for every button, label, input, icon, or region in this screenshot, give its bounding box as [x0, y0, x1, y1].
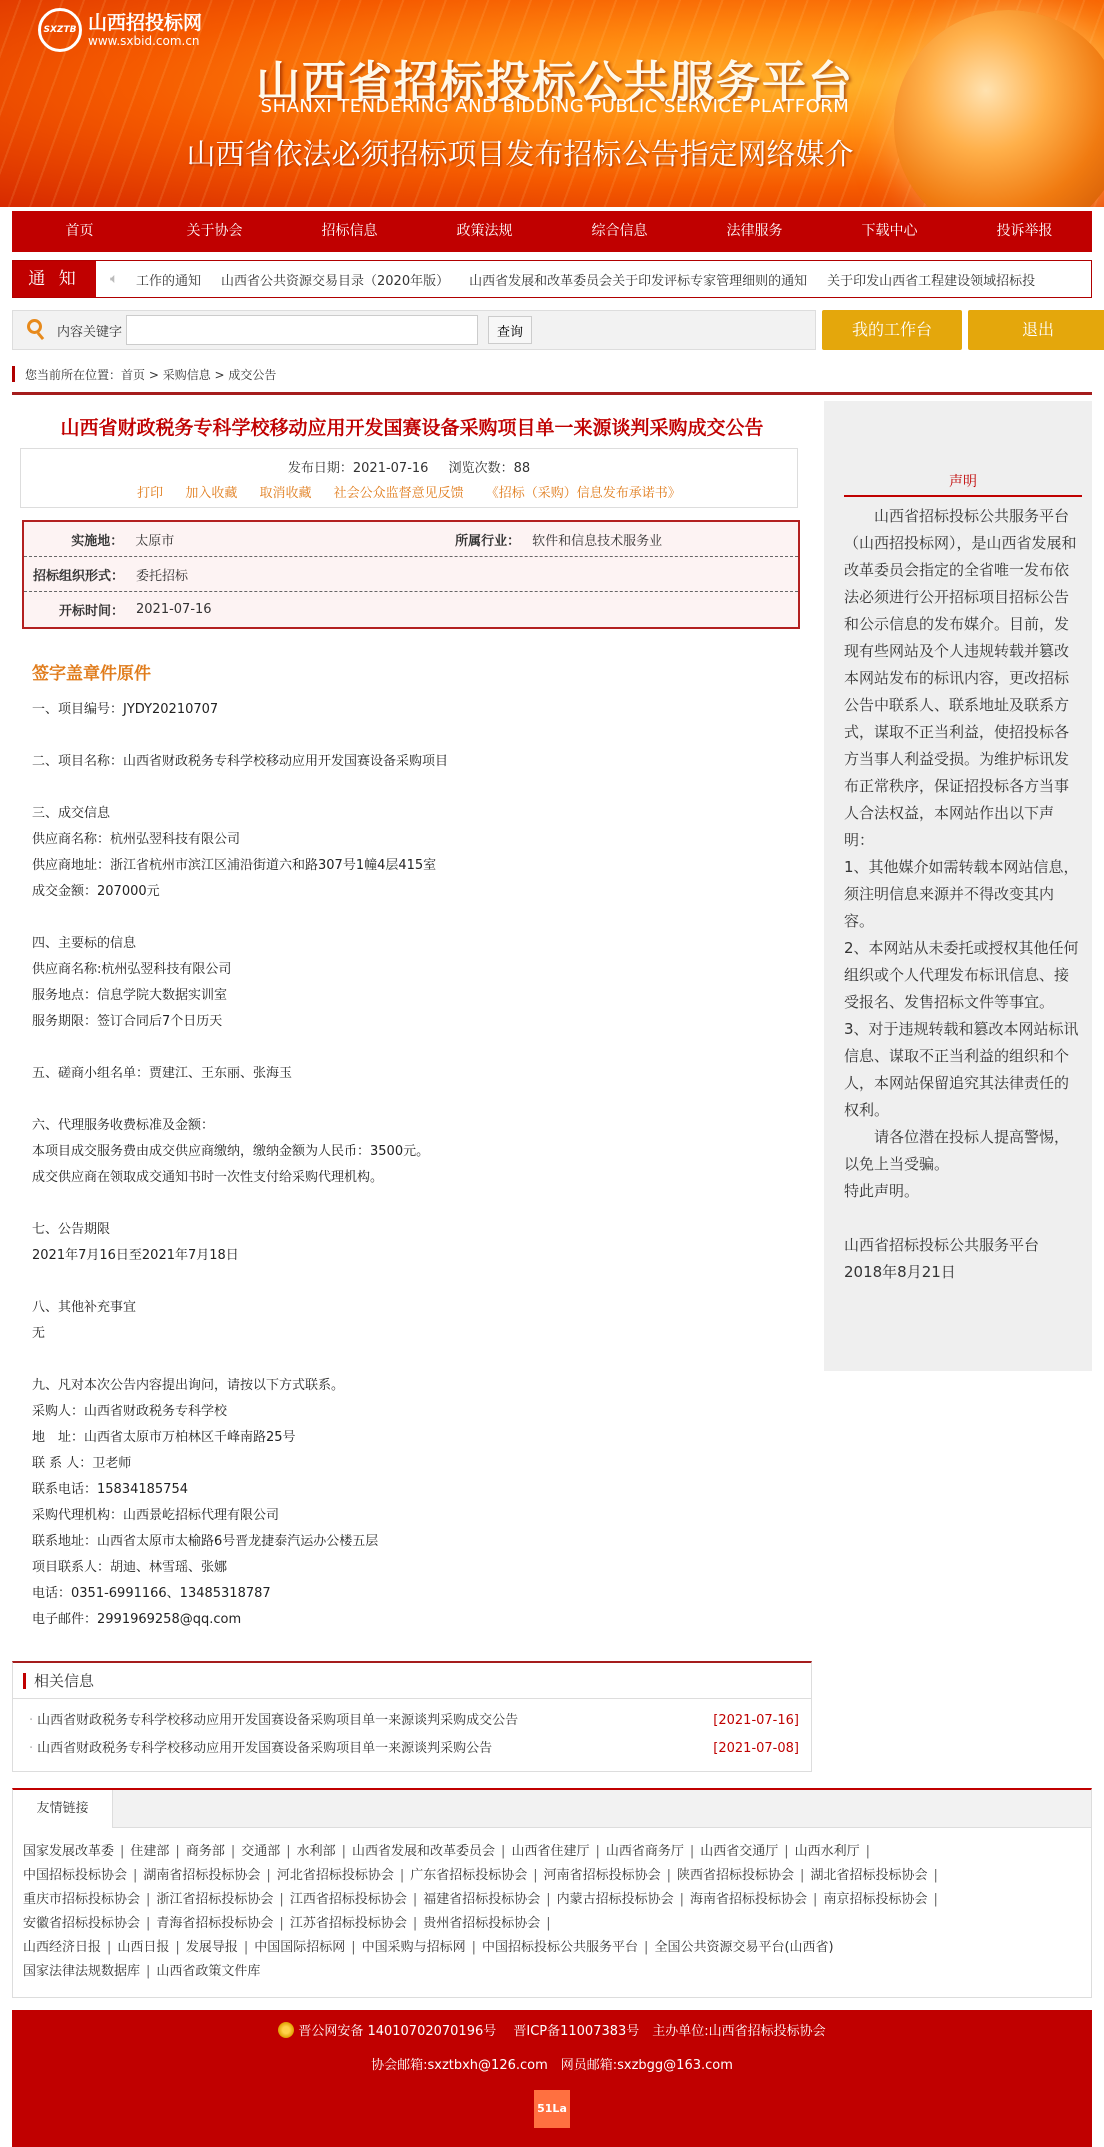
- related-item-title[interactable]: 山西省财政税务专科学校移动应用开发国赛设备采购项目单一来源谈判采购成交公告: [37, 1713, 518, 1728]
- breadcrumb-marker: [12, 366, 15, 382]
- link-separator: |: [146, 1892, 150, 1907]
- link-separator: |: [800, 1868, 804, 1883]
- logo-name: 山西招投标网: [88, 12, 202, 34]
- statement-signature: 山西省招标投标公共服务平台: [844, 1232, 1082, 1259]
- bullet-icon: ·: [29, 1741, 33, 1756]
- body-paragraph: 联系电话：15834185754: [32, 1477, 812, 1503]
- friendly-link[interactable]: 发展导报: [186, 1940, 238, 1955]
- org-form-label: 招标组织形式：: [24, 565, 124, 584]
- body-paragraph: 一、项目编号：JYDY20210707: [32, 697, 812, 723]
- link-separator: |: [933, 1868, 937, 1883]
- link-separator: |: [400, 1868, 404, 1883]
- friendly-link[interactable]: 河南省招标投标协会: [544, 1868, 661, 1883]
- body-spacer: [32, 1191, 812, 1217]
- info-row: 招标组织形式： 委托招标: [24, 557, 798, 592]
- link-separator: |: [351, 1940, 355, 1955]
- view-count: 浏览次数：88: [449, 461, 531, 476]
- friendly-link[interactable]: 贵州省招标投标协会: [423, 1916, 540, 1931]
- link-separator: |: [146, 1916, 150, 1931]
- footer-emails: 协会邮箱:sxztbxh@126.com 网员邮箱:sxzbgg@163.com: [12, 2056, 1092, 2076]
- related-item-title[interactable]: 山西省财政税务专科学校移动应用开发国赛设备采购项目单一来源谈判采购公告: [37, 1741, 492, 1756]
- link-separator: |: [413, 1916, 417, 1931]
- site-footer: 晋公网安备 14010702070196号 晋ICP备11007383号 主办单…: [12, 2010, 1092, 2147]
- body-paragraph: 地 址：山西省太原市万柏林区千峰南路25号: [32, 1425, 812, 1451]
- body-paragraph: 联系地址：山西省太原市太榆路6号晋龙捷泰汽运办公楼五层: [32, 1529, 812, 1555]
- footer-registration: 晋公网安备 14010702070196号 晋ICP备11007383号 主办单…: [298, 2024, 825, 2039]
- project-info-table: 实施地： 太原市 所属行业： 软件和信息技术服务业 招标组织形式： 委托招标 开…: [22, 520, 800, 629]
- industry-value: 软件和信息技术服务业: [520, 530, 798, 549]
- friendly-link[interactable]: 青海省招标投标协会: [156, 1916, 273, 1931]
- body-paragraph: 本项目成交服务费由成交供应商缴纳，缴纳金额为人民币：3500元。: [32, 1139, 812, 1165]
- nav-item-about[interactable]: 关于协会: [147, 211, 282, 252]
- links-row: 山西经济日报|山西日报|发展导报|中国国际招标网|中国采购与招标网|中国招标投标…: [23, 1936, 1081, 1960]
- statement-paragraph: 1、其他媒介如需转载本网站信息，须注明信息来源并不得改变其内容。: [844, 854, 1082, 935]
- link-separator: |: [501, 1844, 505, 1859]
- org-form-value: 委托招标: [124, 565, 404, 584]
- friendly-link[interactable]: 福建省招标投标协会: [423, 1892, 540, 1907]
- related-item[interactable]: ·山西省财政税务专科学校移动应用开发国赛设备采购项目单一来源谈判采购公告 [20…: [29, 1735, 799, 1763]
- logout-button[interactable]: 退出: [968, 310, 1104, 350]
- body-paragraph: 服务地点：信息学院大数据实训室: [32, 983, 812, 1009]
- body-paragraph: 供应商名称:杭州弘翌科技有限公司: [32, 957, 812, 983]
- friendly-link[interactable]: 陕西省招标投标协会: [677, 1868, 794, 1883]
- nav-item-policy[interactable]: 政策法规: [417, 211, 552, 252]
- main-content: 山西省财政税务专科学校移动应用开发国赛设备采购项目单一来源谈判采购成交公告 发布…: [12, 395, 812, 1772]
- my-workbench-button[interactable]: 我的工作台: [822, 310, 962, 350]
- search-row: 内容关键字 查询 我的工作台 退出: [12, 310, 1092, 350]
- friendly-links: 友情链接 国家发展改革委|住建部|商务部|交通部|水利部|山西省发展和改革委员会…: [12, 1788, 1092, 1998]
- statement-paragraph: 山西省招标投标公共服务平台（山西招投标网），是山西省发展和改革委员会指定的全省唯…: [844, 503, 1082, 854]
- body-paragraph: 五、磋商小组名单：贾建江、王东丽、张海玉: [32, 1061, 812, 1087]
- statement-title: 声明: [844, 471, 1082, 497]
- location-value: 太原市: [123, 530, 401, 549]
- publish-date: 发布日期：2021-07-16: [288, 461, 429, 476]
- body-paragraph: 六、代理服务收费标准及金额：: [32, 1113, 812, 1139]
- link-separator: |: [680, 1892, 684, 1907]
- nav-item-home[interactable]: 首页: [12, 211, 147, 252]
- friendly-link[interactable]: 重庆市招标投标协会: [23, 1892, 140, 1907]
- friendly-link[interactable]: 山西省政策文件库: [156, 1964, 260, 1979]
- search-icon: [27, 319, 47, 341]
- friendly-link[interactable]: 海南省招标投标协会: [690, 1892, 807, 1907]
- notice-item[interactable]: 山西省发展和改革委员会关于印发评标专家管理细则的通知: [469, 270, 807, 289]
- add-favorite-link[interactable]: 加入收藏: [185, 486, 237, 501]
- statement-date: 2018年8月21日: [844, 1259, 1082, 1286]
- keyword-input[interactable]: [126, 315, 478, 345]
- links-row: 国家法律法规数据库|山西省政策文件库: [23, 1960, 1081, 1984]
- article-title: 山西省财政税务专科学校移动应用开发国赛设备采购项目单一来源谈判采购成交公告: [12, 413, 812, 440]
- stats-counter-badge[interactable]: 51La: [534, 2090, 570, 2128]
- nav-item-downloads[interactable]: 下载中心: [822, 211, 957, 252]
- friendly-link[interactable]: 江西省招标投标协会: [290, 1892, 407, 1907]
- notice-item[interactable]: 关于印发山西省工程建设领域招标投: [827, 270, 1035, 289]
- body-spacer: [32, 723, 812, 749]
- links-row: 中国招标投标协会|湖南省招标投标协会|河北省招标投标协会|广东省招标投标协会|河…: [23, 1864, 1081, 1888]
- location-label: 实施地：: [24, 530, 123, 549]
- friendly-link[interactable]: 国家法律法规数据库: [23, 1964, 140, 1979]
- link-separator: |: [866, 1844, 870, 1859]
- link-separator: |: [175, 1940, 179, 1955]
- related-marker: [23, 1673, 26, 1689]
- search-label: 内容关键字: [57, 321, 122, 340]
- friendly-link[interactable]: 商务部: [186, 1844, 225, 1859]
- link-separator: |: [933, 1892, 937, 1907]
- friendly-link[interactable]: 江苏省招标投标协会: [290, 1916, 407, 1931]
- body-spacer: [32, 775, 812, 801]
- statement-paragraph: 请各位潜在投标人提高警惕，以免上当受骗。: [844, 1124, 1082, 1178]
- link-separator: |: [546, 1916, 550, 1931]
- friendly-link[interactable]: 湖南省招标投标协会: [143, 1868, 260, 1883]
- body-paragraph: 成交金额：207000元: [32, 879, 812, 905]
- friendly-link[interactable]: 全国公共资源交易平台(山西省): [654, 1940, 833, 1955]
- link-separator: |: [244, 1940, 248, 1955]
- link-separator: |: [472, 1940, 476, 1955]
- remove-favorite-link[interactable]: 取消收藏: [259, 486, 311, 501]
- body-paragraph: 三、成交信息: [32, 801, 812, 827]
- search-box: 内容关键字 查询: [12, 310, 816, 350]
- body-paragraph: 服务期限：签订合同后7个日历天: [32, 1009, 812, 1035]
- body-paragraph: 七、公告期限: [32, 1217, 812, 1243]
- body-paragraph: 采购人：山西省财政税务专科学校: [32, 1399, 812, 1425]
- link-separator: |: [279, 1892, 283, 1907]
- industry-label: 所属行业：: [401, 530, 520, 549]
- notice-items: 工作的通知 山西省公共资源交易目录（2020年版） 山西省发展和改革委员会关于印…: [136, 270, 1035, 289]
- friendly-link[interactable]: 中国采购与招标网: [362, 1940, 466, 1955]
- friendly-link[interactable]: 山西省住建厅: [511, 1844, 589, 1859]
- friendly-link[interactable]: 中国招标投标公共服务平台: [482, 1940, 638, 1955]
- friendly-link[interactable]: 湖北省招标投标协会: [810, 1868, 927, 1883]
- friendly-link[interactable]: 山西经济日报: [23, 1940, 101, 1955]
- banner-slogan: 山西省依法必须招标项目发布招标公告指定网络媒介: [0, 132, 1000, 173]
- body-paragraph: 九、凡对本次公告内容提出询问，请按以下方式联系。: [32, 1373, 812, 1399]
- body-paragraph: 四、主要标的信息: [32, 931, 812, 957]
- friendly-link[interactable]: 山西日报: [117, 1940, 169, 1955]
- article-body: 签字盖章件原件 一、项目编号：JYDY20210707二、项目名称：山西省财政税…: [12, 629, 812, 1633]
- body-paragraph: 供应商地址：浙江省杭州市滨江区浦沿街道六和路307号1幢4层415室: [32, 853, 812, 879]
- content-layout: 山西省财政税务专科学校移动应用开发国赛设备采购项目单一来源谈判采购成交公告 发布…: [12, 395, 1092, 1772]
- body-paragraph: 电话：0351-6991166、13485318787: [32, 1581, 812, 1607]
- body-paragraph: 2021年7月16日至2021年7月18日: [32, 1243, 812, 1269]
- link-separator: |: [813, 1892, 817, 1907]
- statement-paragraph: 特此声明。: [844, 1178, 1082, 1205]
- link-separator: |: [286, 1844, 290, 1859]
- friendly-link[interactable]: 南京招标投标协会: [823, 1892, 927, 1907]
- related-title: 相关信息: [34, 1670, 94, 1691]
- site-banner: SXZTB 山西招投标网 www.sxbid.com.cn 山西省招标投标公共服…: [0, 0, 1104, 207]
- body-paragraph: 二、项目名称：山西省财政税务专科学校移动应用开发国赛设备采购项目: [32, 749, 812, 775]
- info-row: 开标时间： 2021-07-16: [24, 592, 798, 627]
- links-tabbar: 友情链接: [13, 1790, 1091, 1828]
- signed-original-link[interactable]: 签字盖章件原件: [32, 661, 812, 687]
- body-paragraph: 联 系 人：卫老师: [32, 1451, 812, 1477]
- tab-friendly-links[interactable]: 友情链接: [13, 1790, 113, 1828]
- main-nav: 首页 关于协会 招标信息 政策法规 综合信息 法律服务 下载中心 投诉举报: [12, 211, 1092, 252]
- body-paragraph: 采购代理机构：山西景屹招标代理有限公司: [32, 1503, 812, 1529]
- open-time-label: 开标时间：: [24, 600, 124, 619]
- info-row: 实施地： 太原市 所属行业： 软件和信息技术服务业: [24, 522, 798, 557]
- nav-item-tender-info[interactable]: 招标信息: [282, 211, 417, 252]
- body-spacer: [32, 905, 812, 931]
- link-separator: |: [120, 1844, 124, 1859]
- link-separator: |: [133, 1868, 137, 1883]
- friendly-link[interactable]: 广东省招标投标协会: [410, 1868, 527, 1883]
- link-separator: |: [413, 1892, 417, 1907]
- body-paragraph: 成交供应商在领取成交通知书时一次性支付给采购代理机构。: [32, 1165, 812, 1191]
- link-separator: |: [546, 1892, 550, 1907]
- link-separator: |: [784, 1844, 788, 1859]
- related-item-date: [2021-07-08]: [713, 1735, 799, 1763]
- friendly-link[interactable]: 中国招标投标协会: [23, 1868, 127, 1883]
- police-emblem-icon: [278, 2022, 294, 2038]
- feedback-link[interactable]: 社会公众监督意见反馈: [334, 486, 464, 501]
- friendly-link[interactable]: 国家发展改革委: [23, 1844, 114, 1859]
- link-separator: |: [279, 1916, 283, 1931]
- link-separator: |: [146, 1964, 150, 1979]
- friendly-link[interactable]: 水利部: [297, 1844, 336, 1859]
- friendly-link[interactable]: 内蒙古招标投标协会: [557, 1892, 674, 1907]
- statement-text: 山西省招标投标公共服务平台（山西招投标网），是山西省发展和改革委员会指定的全省唯…: [844, 497, 1082, 1286]
- friendly-link[interactable]: 山西省交通厅: [700, 1844, 778, 1859]
- body-spacer: [32, 1269, 812, 1295]
- breadcrumb: 您当前所在位置： 首页 > 采购信息 > 成交公告: [12, 366, 1092, 382]
- link-separator: |: [342, 1844, 346, 1859]
- body-paragraph: 电子邮件：2991969258@qq.com: [32, 1607, 812, 1633]
- breadcrumb-path[interactable]: 首页 > 采购信息 > 成交公告: [121, 366, 276, 383]
- link-separator: |: [667, 1868, 671, 1883]
- link-separator: |: [175, 1844, 179, 1859]
- statement-sidebar: 声明 山西省招标投标公共服务平台（山西招投标网），是山西省发展和改革委员会指定的…: [824, 401, 1092, 1371]
- friendly-link[interactable]: 住建部: [130, 1844, 169, 1859]
- friendly-link[interactable]: 中国国际招标网: [254, 1940, 345, 1955]
- bullet-icon: ·: [29, 1713, 33, 1728]
- friendly-link[interactable]: 交通部: [241, 1844, 280, 1859]
- body-paragraph: 无: [32, 1321, 812, 1347]
- body-spacer: [32, 1087, 812, 1113]
- friendly-link[interactable]: 山西省发展和改革委员会: [352, 1844, 495, 1859]
- notice-label: 通 知: [12, 260, 96, 298]
- link-separator: |: [231, 1844, 235, 1859]
- print-link[interactable]: 打印: [137, 486, 163, 501]
- links-row: 国家发展改革委|住建部|商务部|交通部|水利部|山西省发展和改革委员会|山西省住…: [23, 1840, 1081, 1864]
- notice-item[interactable]: 工作的通知: [136, 270, 201, 289]
- friendly-link[interactable]: 安徽省招标投标协会: [23, 1916, 140, 1931]
- body-paragraph: 八、其他补充事宜: [32, 1295, 812, 1321]
- notice-item[interactable]: 山西省公共资源交易目录（2020年版）: [221, 270, 449, 289]
- commitment-link[interactable]: 《招标（采购）信息发布承诺书》: [486, 486, 681, 501]
- body-paragraph: 项目联系人：胡迪、林雪瑶、张娜: [32, 1555, 812, 1581]
- links-row: 安徽省招标投标协会|青海省招标投标协会|江苏省招标投标协会|贵州省招标投标协会|: [23, 1912, 1081, 1936]
- nav-item-complaints[interactable]: 投诉举报: [957, 211, 1092, 252]
- body-spacer: [32, 1347, 812, 1373]
- link-separator: |: [644, 1940, 648, 1955]
- banner-subtitle: SHANXI TENDERING AND BIDDING PUBLIC SERV…: [0, 96, 1050, 117]
- nav-item-legal[interactable]: 法律服务: [687, 211, 822, 252]
- article-meta: 发布日期：2021-07-16 浏览次数：88 打印 加入收藏 取消收藏 社会公…: [20, 448, 798, 508]
- related-info: 相关信息 ·山西省财政税务专科学校移动应用开发国赛设备采购项目单一来源谈判采购成…: [12, 1661, 812, 1772]
- search-button[interactable]: 查询: [488, 316, 532, 344]
- related-list: ·山西省财政税务专科学校移动应用开发国赛设备采购项目单一来源谈判采购成交公告 […: [13, 1699, 811, 1771]
- body-paragraph: 供应商名称：杭州弘翌科技有限公司: [32, 827, 812, 853]
- related-item[interactable]: ·山西省财政税务专科学校移动应用开发国赛设备采购项目单一来源谈判采购成交公告 […: [29, 1707, 799, 1735]
- statement-paragraph: 2、本网站从未委托或授权其他任何组织或个人代理发布标讯信息、接受报名、发售招标文…: [844, 935, 1082, 1016]
- friendly-link[interactable]: 河北省招标投标协会: [277, 1868, 394, 1883]
- link-separator: |: [690, 1844, 694, 1859]
- article-actions: 打印 加入收藏 取消收藏 社会公众监督意见反馈 《招标（采购）信息发布承诺书》: [21, 482, 797, 501]
- speaker-icon: 🔈︎: [110, 271, 124, 287]
- notice-ticker: 通 知 🔈︎ 工作的通知 山西省公共资源交易目录（2020年版） 山西省发展和改…: [12, 260, 1092, 298]
- link-separator: |: [266, 1868, 270, 1883]
- link-separator: |: [533, 1868, 537, 1883]
- breadcrumb-prefix: 您当前所在位置：: [25, 366, 121, 383]
- related-header: 相关信息: [13, 1663, 811, 1699]
- links-row: 重庆市招标投标协会|浙江省招标投标协会|江西省招标投标协会|福建省招标投标协会|…: [23, 1888, 1081, 1912]
- related-item-date: [2021-07-16]: [713, 1707, 799, 1735]
- link-separator: |: [595, 1844, 599, 1859]
- open-time-value: 2021-07-16: [124, 602, 404, 617]
- body-spacer: [32, 1035, 812, 1061]
- friendly-link[interactable]: 浙江省招标投标协会: [156, 1892, 273, 1907]
- link-separator: |: [107, 1940, 111, 1955]
- friendly-link[interactable]: 山西水利厅: [795, 1844, 860, 1859]
- links-list: 国家发展改革委|住建部|商务部|交通部|水利部|山西省发展和改革委员会|山西省住…: [13, 1828, 1091, 1996]
- friendly-link[interactable]: 山西省商务厅: [606, 1844, 684, 1859]
- statement-paragraph: 3、对于违规转载和篡改本网站标讯信息、谋取不正当利益的组织和个人，本网站保留追究…: [844, 1016, 1082, 1124]
- nav-item-general-info[interactable]: 综合信息: [552, 211, 687, 252]
